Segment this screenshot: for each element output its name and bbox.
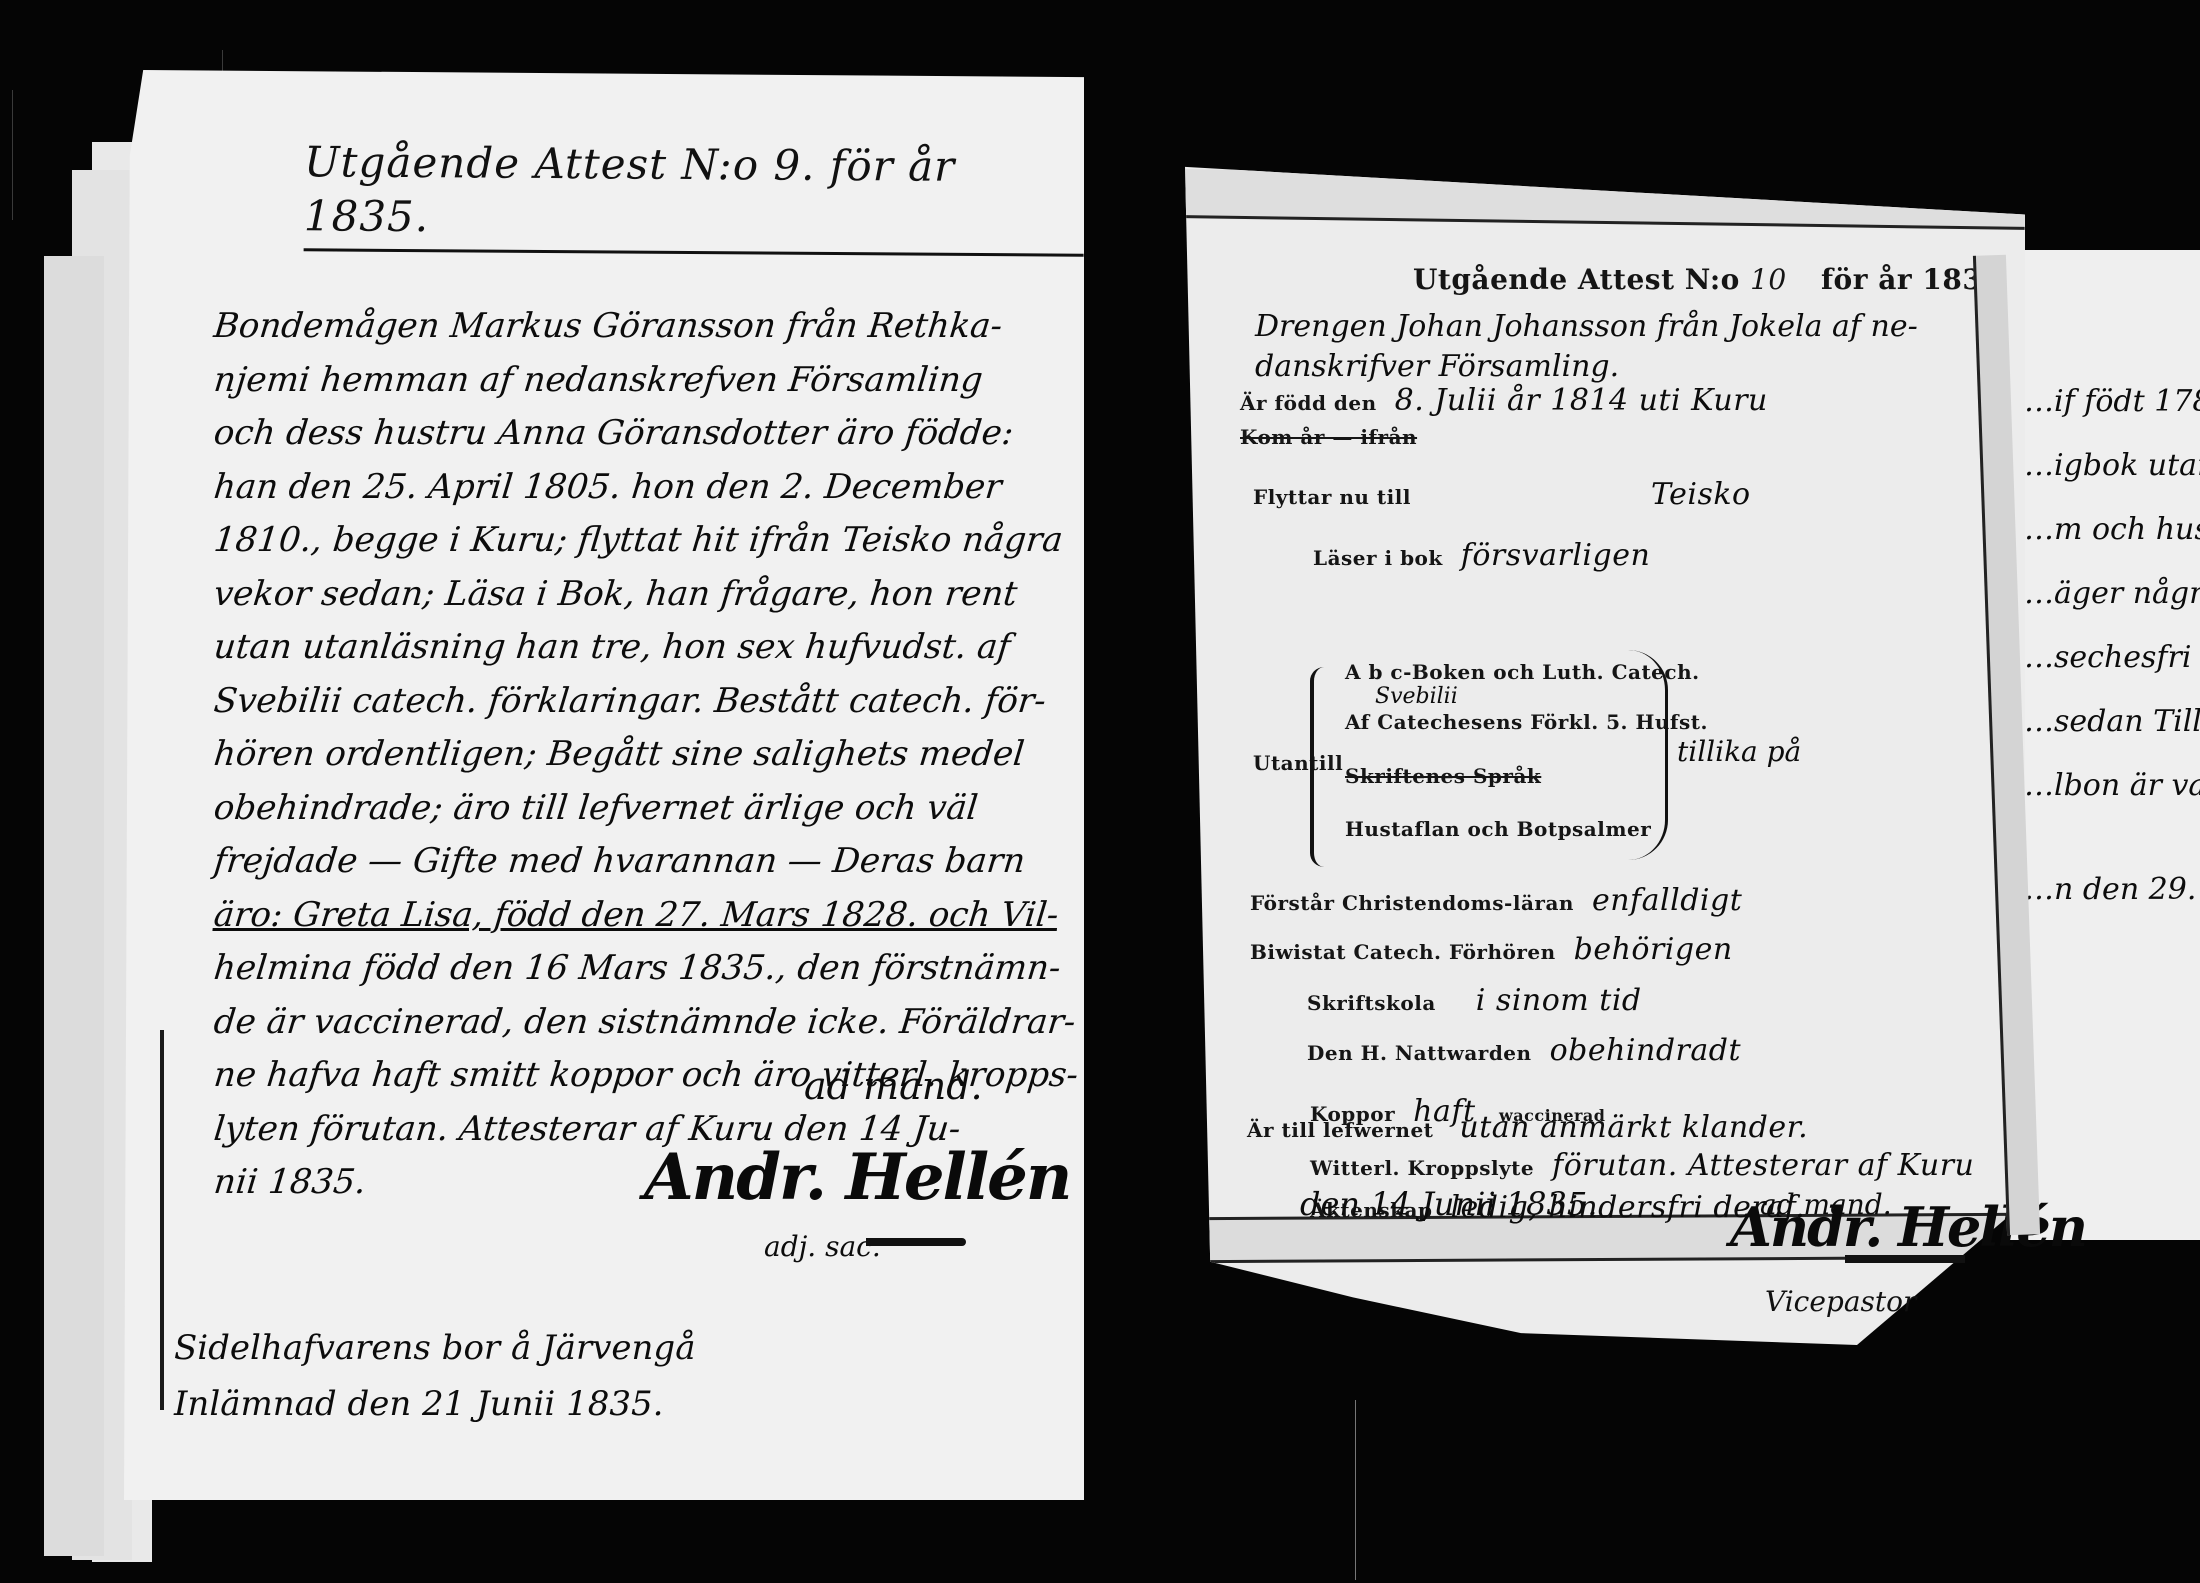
body-line: vekor sedan; Läsa i Bok, han frågare, ho… xyxy=(211,568,1047,622)
fragment-line: …igbok utan, xyxy=(2024,434,2200,498)
back-page-fragment: …if födt 1781 …igbok utan, …m och hus, …… xyxy=(2010,250,2200,1240)
body-line: helmina född den 16 Mars 1835., den förs… xyxy=(211,942,1047,996)
body-line: och dess hustru Anna Göransdotter äro fö… xyxy=(211,407,1047,461)
fragment-line: …m och hus, xyxy=(2024,498,2200,562)
fragment-line: …if födt 1781 xyxy=(2024,370,2200,434)
fragment-line: …n den 29. xyxy=(2024,858,2200,922)
utantill-value: tillika på xyxy=(1677,725,1801,779)
fragment-line: …sechesfri xyxy=(2024,626,2200,690)
field-came-from: Kom år — ifrån xyxy=(1240,425,1417,449)
body-line: Svebilii catech. förklaringar. Bestått c… xyxy=(211,675,1047,729)
film-scratch xyxy=(12,90,13,220)
utantill-annotation: Svebilii xyxy=(1375,685,1458,709)
paper-fold xyxy=(1185,169,2026,230)
fragment-line: …sedan Till xyxy=(2024,690,2200,754)
receipt-note: Sidelhafvarens bor å Järvengå Inlämnad d… xyxy=(174,1320,695,1432)
fragment-line: …äger några xyxy=(2024,562,2200,626)
field-born: Är född den8. Julii år 1814 uti Kuru xyxy=(1240,383,1768,418)
field-moves-to: Flyttar nu tillTeisko xyxy=(1253,477,1751,512)
note-line: Inlämnad den 21 Junii 1835. xyxy=(174,1376,695,1432)
stacked-sheet xyxy=(44,256,104,1556)
field-confirmation-school: Skriftskolai sinom tid xyxy=(1307,983,1642,1018)
body-line: Bondemågen Markus Göransson från Rethka- xyxy=(211,300,1047,354)
body-line: utan utanläsning han tre, hon sex hufvud… xyxy=(211,621,1047,675)
field-reads-book: Läser i bokförsvarligen xyxy=(1313,538,1650,573)
body-line: hören ordentligen; Begått sine salighets… xyxy=(211,728,1047,782)
note-line: Sidelhafvarens bor å Järvengå xyxy=(174,1320,695,1376)
closing-ad-mandatum: ad mand. xyxy=(804,1060,983,1114)
body-line: njemi hemman af nedanskrefven Församling xyxy=(211,354,1047,408)
form-title: Utgående Attest N:o 10 för år 1835 xyxy=(1413,263,2002,296)
utantill-item: Hustaflan och Botpsalmer xyxy=(1345,817,1651,841)
signature-flourish xyxy=(866,1238,966,1246)
form-number: 10 xyxy=(1750,263,1787,296)
film-scratch xyxy=(1355,1400,1356,1580)
field-catech-hearings: Biwistat Catech. Förhörenbehörigen xyxy=(1250,932,1733,967)
brace-left xyxy=(1310,667,1330,867)
utantill-item: Skriftenes Språk xyxy=(1345,764,1541,788)
signature-title: Vicepastor xyxy=(1765,1285,1916,1318)
fragment-line: …lbon är vaccin. xyxy=(2024,754,2200,818)
field-communion: Den H. Nattwardenobehindradt xyxy=(1307,1033,1741,1068)
body-line: äro: Greta Lisa, född den 27. Mars 1828.… xyxy=(211,889,1047,943)
brace-right xyxy=(1625,650,1668,860)
signature: Andr. Hellén xyxy=(644,1140,1070,1215)
page-title: Utgående Attest N:o 9. för år 1835. xyxy=(304,135,1085,256)
fragment-text: …if födt 1781 …igbok utan, …m och hus, …… xyxy=(2024,370,2200,922)
page-edge-shadow xyxy=(160,1030,164,1410)
body-line: obehindrade; äro till lefvernet ärlige o… xyxy=(211,782,1047,836)
body-line: frejdade — Gifte med hvarannan — Deras b… xyxy=(211,835,1047,889)
body-line: de är vaccinerad, den sistnämnde icke. F… xyxy=(211,996,1047,1050)
signature-flourish xyxy=(1845,1255,1965,1263)
date-line: den 14 Junii 1835. xyxy=(1300,1178,1597,1232)
signature-title: adj. sac. xyxy=(764,1220,881,1274)
body-line: han den 25. April 1805. hon den 2. Decem… xyxy=(211,461,1047,515)
body-line: 1810., begge i Kuru; flyttat hit ifrån T… xyxy=(211,514,1047,568)
left-page-attest-9: Utgående Attest N:o 9. för år 1835. Bond… xyxy=(124,70,1084,1500)
field-smallpox: Kopporhaft waccinerad xyxy=(1310,1094,1605,1129)
field-understands: Förstår Christendoms-läranenfalldigt xyxy=(1250,883,1742,918)
